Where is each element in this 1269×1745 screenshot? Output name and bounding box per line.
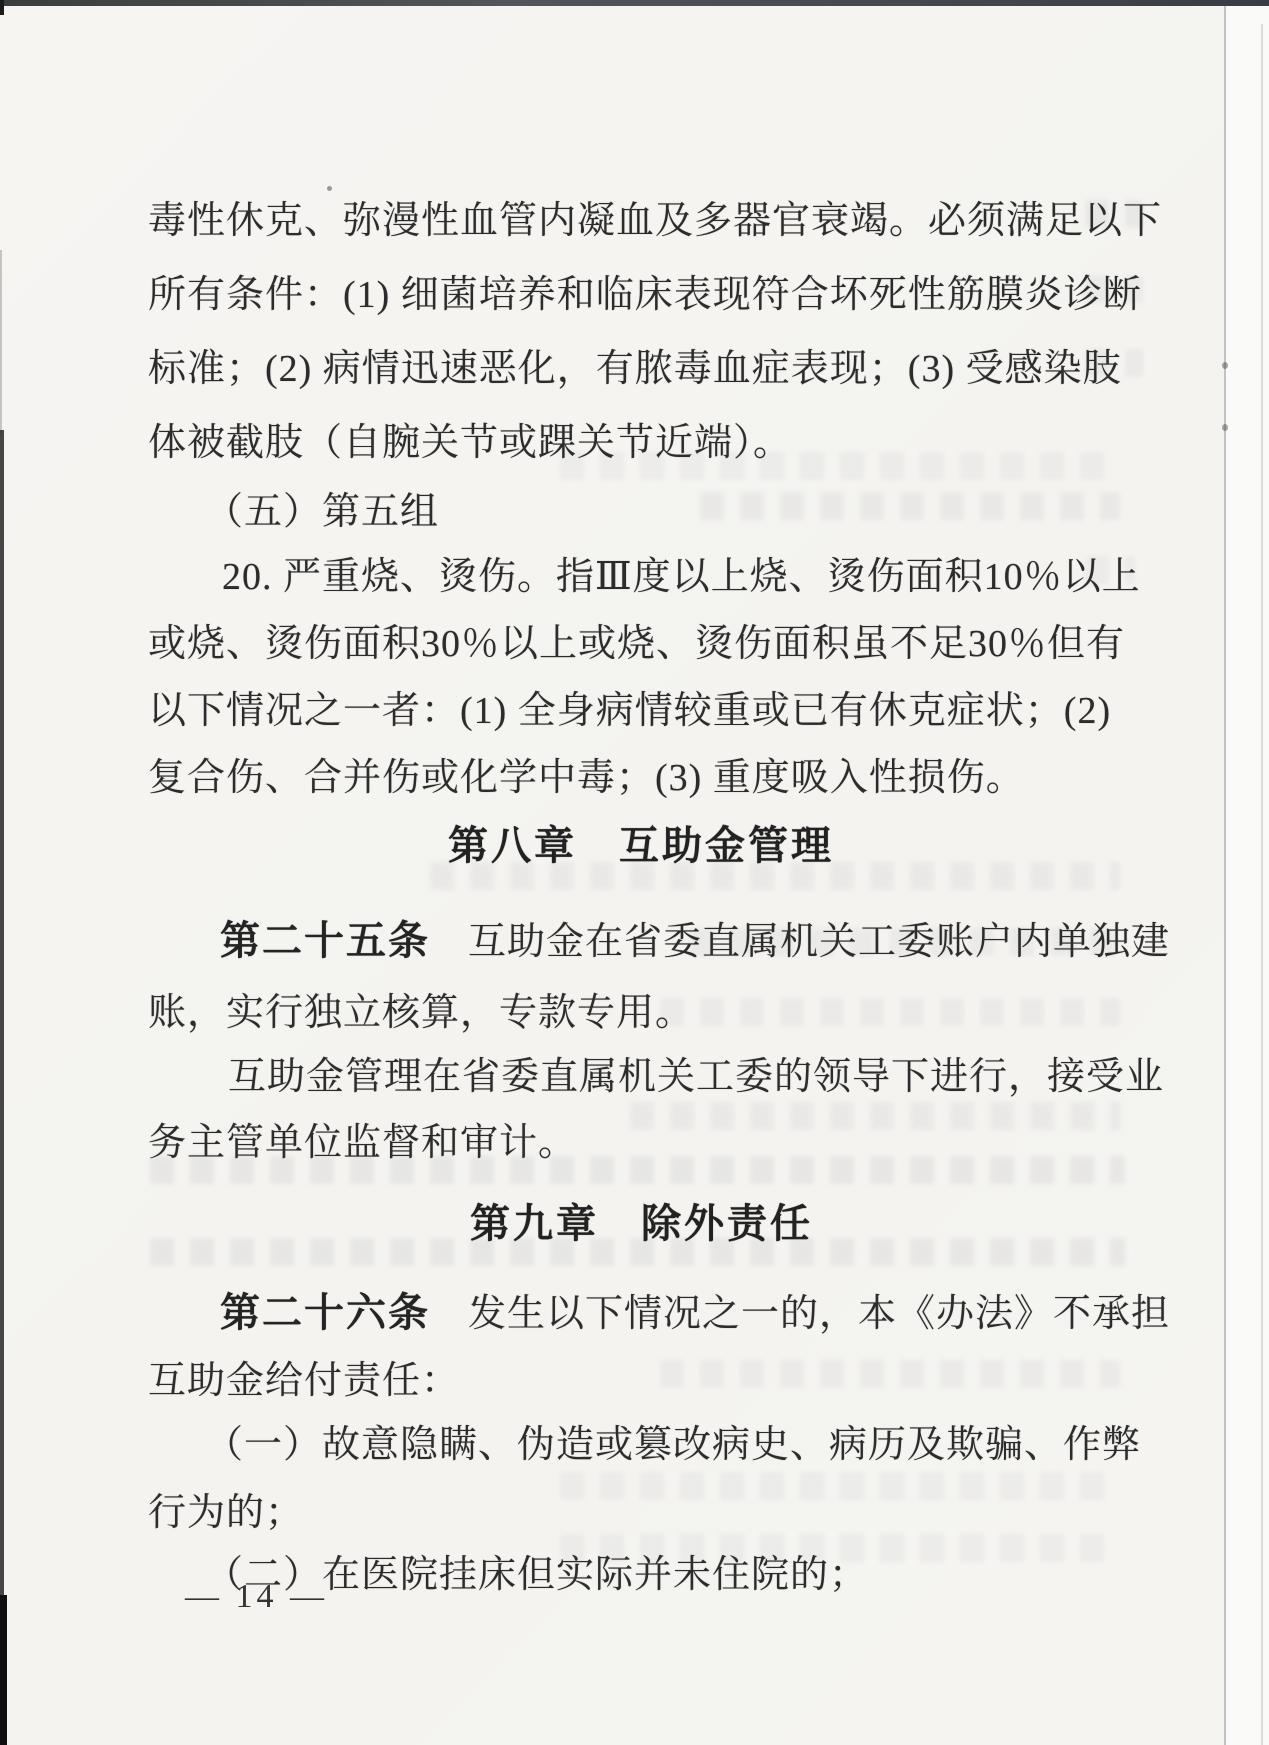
- article-text: 互助金在省委直属机关工委账户内单独建: [468, 921, 1170, 963]
- chapter-number: 第九章: [470, 1202, 599, 1246]
- scanned-document-page: 毒性休克、弥漫性血管内凝血及多器官衰竭。必须满足以下 所有条件：(1) 细菌培养…: [0, 0, 1269, 1745]
- chapter-number: 第八章: [448, 824, 577, 868]
- page-number: — 14 —: [185, 1578, 328, 1616]
- body-line: 所有条件：(1) 细菌培养和临床表现符合坏死性筋膜炎诊断: [148, 270, 1142, 320]
- scan-edge-left: [0, 1595, 7, 1745]
- chapter-title: 除外责任: [641, 1202, 813, 1246]
- body-line: 行为的；: [148, 1488, 304, 1538]
- group-heading: （五）第五组: [205, 487, 439, 537]
- body-line: 体被截肢（自腕关节或踝关节近端）。: [148, 418, 792, 468]
- scan-edge-left: [0, 430, 4, 1600]
- chapter-title: 互助金管理: [619, 824, 834, 868]
- bleed-through-ghost: [660, 998, 1120, 1026]
- body-line: （一）故意隐瞒、伪造或篡改病史、病历及欺骗、作弊: [205, 1420, 1141, 1470]
- body-line: 20. 严重烧、烫伤。指Ⅲ度以上烧、烫伤面积10％以上: [222, 552, 1141, 602]
- chapter-heading: 第九章除外责任: [470, 1192, 813, 1249]
- body-line: 标准；(2) 病情迅速恶化，有脓毒血症表现；(3) 受感染肢: [148, 344, 1122, 394]
- body-line: 务主管单位监督和审计。: [148, 1118, 577, 1168]
- page-edge-shadow: [1224, 6, 1226, 1745]
- body-line: 毒性休克、弥漫性血管内凝血及多器官衰竭。必须满足以下: [148, 196, 1162, 246]
- page-edge-shadow: [1261, 24, 1263, 1745]
- scan-speck: [1222, 362, 1228, 369]
- body-line: 以下情况之一者：(1) 全身病情较重或已有休克症状；(2): [148, 686, 1111, 736]
- body-line: 互助金给付责任：: [148, 1356, 460, 1406]
- article-text: 发生以下情况之一的，本《办法》不承担: [468, 1293, 1170, 1335]
- body-line: 互助金管理在省委直属机关工委的领导下进行，接受业: [228, 1052, 1164, 1102]
- scan-edge-corner: [0, 0, 4, 15]
- article-line: 第二十五条互助金在省委直属机关工委账户内单独建: [220, 916, 1170, 967]
- bleed-through-ghost: [700, 492, 1120, 520]
- scan-speck: [327, 186, 332, 191]
- scan-speck: [1222, 424, 1228, 431]
- article-line: 第二十六条发生以下情况之一的，本《办法》不承担: [220, 1288, 1170, 1339]
- bleed-through-ghost: [660, 1360, 1120, 1388]
- body-line: 复合伤、合并伤或化学中毒；(3) 重度吸入性损伤。: [148, 753, 1025, 803]
- bleed-through-ghost: [560, 1472, 1120, 1500]
- chapter-heading: 第八章互助金管理: [448, 814, 834, 871]
- article-number: 第二十六条: [220, 1291, 430, 1335]
- article-number: 第二十五条: [220, 919, 430, 963]
- bleed-through-ghost: [630, 1102, 1120, 1130]
- scan-edge-left: [0, 250, 2, 435]
- scan-edge-top: [0, 0, 1269, 6]
- body-line: 账，实行独立核算，专款专用。: [148, 988, 694, 1038]
- body-line: 或烧、烫伤面积30％以上或烧、烫伤面积虽不足30％但有: [148, 619, 1125, 669]
